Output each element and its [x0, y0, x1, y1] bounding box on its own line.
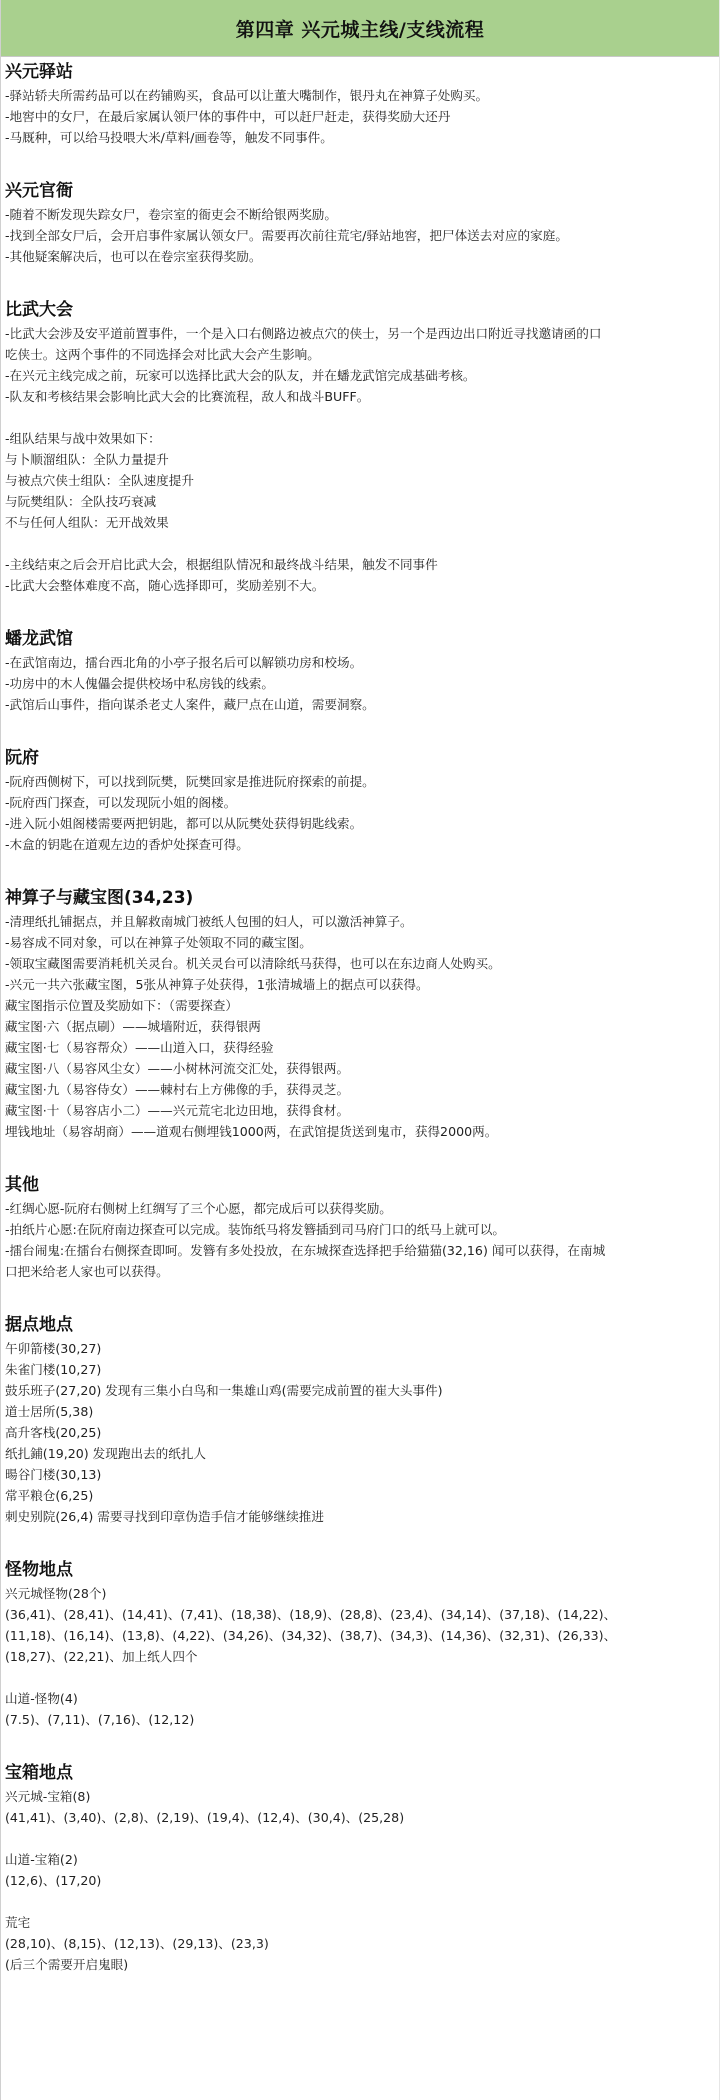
text-line: -易容成不同对象，可以在神算子处领取不同的藏宝图。 [5, 932, 715, 953]
text-line: -比武大会涉及安平道前置事件，一个是入口右侧路边被点穴的侠士，另一个是西边出口附… [5, 323, 715, 344]
text-line: -随着不断发现失踪女尸，卷宗室的衙吏会不断给银两奖励。 [5, 204, 715, 225]
chest-note: (后三个需要开启鬼眼) [5, 1954, 715, 1975]
section-shensuanzi: 神算子与藏宝图(34,23) -清理纸扎铺据点，并且解救南城门被纸人包围的妇人，… [5, 885, 715, 1142]
monster-group-label: 山道-怪物(4) [5, 1688, 715, 1709]
text-line: -阮府西侧树下，可以找到阮樊，阮樊回家是推进阮府探索的前提。 [5, 771, 715, 792]
chest-group-label: 山道-宝箱(2) [5, 1849, 715, 1870]
section-baoxiang: 宝箱地点 兴元城-宝箱(8) (41,41)、(3,40)、(2,8)、(2,1… [5, 1760, 715, 1975]
text-line: -驿站轿夫所需药品可以在药铺购买，食品可以让董大嘴制作，银丹丸在神算子处购买。 [5, 85, 715, 106]
chapter-header: 第四章 兴元城主线/支线流程 [1, 0, 719, 57]
text-line: -其他疑案解决后，也可以在卷宗室获得奖励。 [5, 246, 715, 267]
team-effect-item: 与阮樊组队：全队技巧衰减 [5, 491, 715, 512]
spacer [5, 1142, 715, 1172]
spacer [5, 1828, 715, 1849]
section-biwu: 比武大会 -比武大会涉及安平道前置事件，一个是入口右侧路边被点穴的侠士，另一个是… [5, 297, 715, 596]
text-line: -地窖中的女尸，在最后家属认领尸体的事件中，可以赶尸赶走，获得奖励大还丹 [5, 106, 715, 127]
spacer [5, 407, 715, 428]
section-title: 蟠龙武馆 [5, 626, 715, 652]
monster-coords: (7.5)、(7,11)、(7,16)、(12,12) [5, 1709, 715, 1730]
spacer [5, 715, 715, 745]
section-panlong: 蟠龙武馆 -在武馆南边，擂台西北角的小亭子报名后可以解锁功房和校场。 -功房中的… [5, 626, 715, 715]
guide-page: 第四章 兴元城主线/支线流程 兴元驿站 -驿站轿夫所需药品可以在药铺购买，食品可… [0, 0, 720, 2100]
stronghold-item: 纸扎鋪(19,20) 发现跑出去的纸扎人 [5, 1443, 715, 1464]
spacer [5, 267, 715, 297]
stronghold-item: 道士居所(5,38) [5, 1401, 715, 1422]
spacer [5, 855, 715, 885]
spacer [5, 1667, 715, 1688]
team-effect-item: 不与任何人组队：无开战效果 [5, 512, 715, 533]
chest-coords: (41,41)、(3,40)、(2,8)、(2,19)、(19,4)、(12,4… [5, 1807, 715, 1828]
section-title: 比武大会 [5, 297, 715, 323]
section-title: 神算子与藏宝图(34,23) [5, 885, 715, 911]
text-line: 口把米给老人家也可以获得。 [5, 1261, 715, 1282]
text-line: -木盒的钥匙在道观左边的香炉处探查可得。 [5, 834, 715, 855]
treasure-map-item: 藏宝图·六（据点刷）——城墙附近，获得银两 [5, 1016, 715, 1037]
text-line: -红绸心愿-阮府右侧树上红绸写了三个心愿，都完成后可以获得奖励。 [5, 1198, 715, 1219]
treasure-map-item: 藏宝图·七（易容帮众）——山道入口，获得经验 [5, 1037, 715, 1058]
monster-coords: (11,18)、(16,14)、(13,8)、(4,22)、(34,26)、(3… [5, 1625, 715, 1646]
stronghold-item: 刺史别院(26,4) 需要寻找到印章伪造手信才能够继续推进 [5, 1506, 715, 1527]
chest-group-label: 兴元城-宝箱(8) [5, 1786, 715, 1807]
text-line: 吃侠士。这两个事件的不同选择会对比武大会产生影响。 [5, 344, 715, 365]
spacer [5, 1891, 715, 1912]
section-judian: 据点地点 午卯箭楼(30,27) 朱雀门楼(10,27) 鼓乐班子(27,20)… [5, 1312, 715, 1527]
spacer [5, 1730, 715, 1760]
text-line: -进入阮小姐阁楼需要两把钥匙，都可以从阮樊处获得钥匙线索。 [5, 813, 715, 834]
chest-coords: (12,6)、(17,20) [5, 1870, 715, 1891]
stronghold-item: 鼓乐班子(27,20) 发现有三集小白鸟和一集雄山鸡(需要完成前置的崔大头事件) [5, 1380, 715, 1401]
stronghold-item: 常平粮仓(6,25) [5, 1485, 715, 1506]
text-line: -拍纸片心愿:在阮府南边探查可以完成。装饰纸马将发簪插到司马府门口的纸马上就可以… [5, 1219, 715, 1240]
chest-group-label: 荒宅 [5, 1912, 715, 1933]
text-line: -兴元一共六张藏宝图，5张从神算子处获得，1张清城墙上的据点可以获得。 [5, 974, 715, 995]
text-line: -比武大会整体难度不高，随心选择即可，奖励差别不大。 [5, 575, 715, 596]
text-line: -主线结束之后会开启比武大会，根据组队情况和最终战斗结果，触发不同事件 [5, 554, 715, 575]
text-line: -擂台闹鬼:在擂台右侧探查即呵。发簪有多处投放，在东城探查选择把手给猫猫(32,… [5, 1240, 715, 1261]
team-effect-item: 与卜顺溜组队：全队力量提升 [5, 449, 715, 470]
team-effects-heading: -组队结果与战中效果如下： [5, 428, 715, 449]
section-guaiwu: 怪物地点 兴元城怪物(28个) (36,41)、(28,41)、(14,41)、… [5, 1557, 715, 1730]
section-title: 据点地点 [5, 1312, 715, 1338]
treasure-map-item: 藏宝图·九（易容侍女）——棘村右上方佛像的手，获得灵芝。 [5, 1079, 715, 1100]
stronghold-item: 高升客栈(20,25) [5, 1422, 715, 1443]
spacer [5, 148, 715, 178]
treasure-map-item: 藏宝图·十（易容店小二）——兴元荒宅北边田地，获得食材。 [5, 1100, 715, 1121]
treasure-map-item: 藏宝图·八（易容风尘女）——小树林河流交汇处，获得银两。 [5, 1058, 715, 1079]
chapter-title: 第四章 兴元城主线/支线流程 [236, 15, 485, 42]
text-line: -功房中的木人傀儡会提供校场中私房钱的线索。 [5, 673, 715, 694]
text-line: -找到全部女尸后，会开启事件家属认领女尸。需要再次前往荒宅/驿站地窖，把尸体送去… [5, 225, 715, 246]
spacer [5, 533, 715, 554]
text-line: -武馆后山事件，指向谋杀老丈人案件，藏尸点在山道，需要洞察。 [5, 694, 715, 715]
section-title: 阮府 [5, 745, 715, 771]
team-effect-item: 与被点穴侠士组队：全队速度提升 [5, 470, 715, 491]
stronghold-item: 朱雀门楼(10,27) [5, 1359, 715, 1380]
monster-group-label: 兴元城怪物(28个) [5, 1583, 715, 1604]
monster-coords: (18,27)、(22,21)、加上纸人四个 [5, 1646, 715, 1667]
text-line: -马厩种，可以给马投喂大米/草料/画卷等，触发不同事件。 [5, 127, 715, 148]
stronghold-item: 暘谷门楼(30,13) [5, 1464, 715, 1485]
treasure-map-heading: 藏宝图指示位置及奖励如下：（需要探查） [5, 995, 715, 1016]
spacer [5, 596, 715, 626]
treasure-map-item: 埋钱地址（易容胡商）——道观右侧埋钱1000两，在武馆提货送到鬼市，获得2000… [5, 1121, 715, 1142]
section-title: 其他 [5, 1172, 715, 1198]
text-line: -在武馆南边，擂台西北角的小亭子报名后可以解锁功房和校场。 [5, 652, 715, 673]
section-title: 兴元驿站 [5, 59, 715, 85]
text-line: -清理纸扎铺据点，并且解救南城门被纸人包围的妇人，可以激活神算子。 [5, 911, 715, 932]
section-title: 宝箱地点 [5, 1760, 715, 1786]
section-title: 兴元官衙 [5, 178, 715, 204]
text-line: -在兴元主线完成之前，玩家可以选择比武大会的队友，并在蟠龙武馆完成基础考核。 [5, 365, 715, 386]
section-ruanfu: 阮府 -阮府西侧树下，可以找到阮樊，阮樊回家是推进阮府探索的前提。 -阮府西门探… [5, 745, 715, 855]
spacer [5, 1527, 715, 1557]
guide-content: 兴元驿站 -驿站轿夫所需药品可以在药铺购买，食品可以让董大嘴制作，银丹丸在神算子… [1, 57, 719, 1975]
text-line: -队友和考核结果会影响比武大会的比赛流程，敌人和战斗BUFF。 [5, 386, 715, 407]
section-yizhan: 兴元驿站 -驿站轿夫所需药品可以在药铺购买，食品可以让董大嘴制作，银丹丸在神算子… [5, 59, 715, 148]
stronghold-item: 午卯箭楼(30,27) [5, 1338, 715, 1359]
text-line: -阮府西门探查，可以发现阮小姐的阁楼。 [5, 792, 715, 813]
monster-coords: (36,41)、(28,41)、(14,41)、(7,41)、(18,38)、(… [5, 1604, 715, 1625]
section-title: 怪物地点 [5, 1557, 715, 1583]
section-guanya: 兴元官衙 -随着不断发现失踪女尸，卷宗室的衙吏会不断给银两奖励。 -找到全部女尸… [5, 178, 715, 267]
section-qita: 其他 -红绸心愿-阮府右侧树上红绸写了三个心愿，都完成后可以获得奖励。 -拍纸片… [5, 1172, 715, 1282]
spacer [5, 1282, 715, 1312]
chest-coords: (28,10)、(8,15)、(12,13)、(29,13)、(23,3) [5, 1933, 715, 1954]
text-line: -领取宝藏图需要消耗机关灵台。机关灵台可以清除纸马获得，也可以在东边商人处购买。 [5, 953, 715, 974]
